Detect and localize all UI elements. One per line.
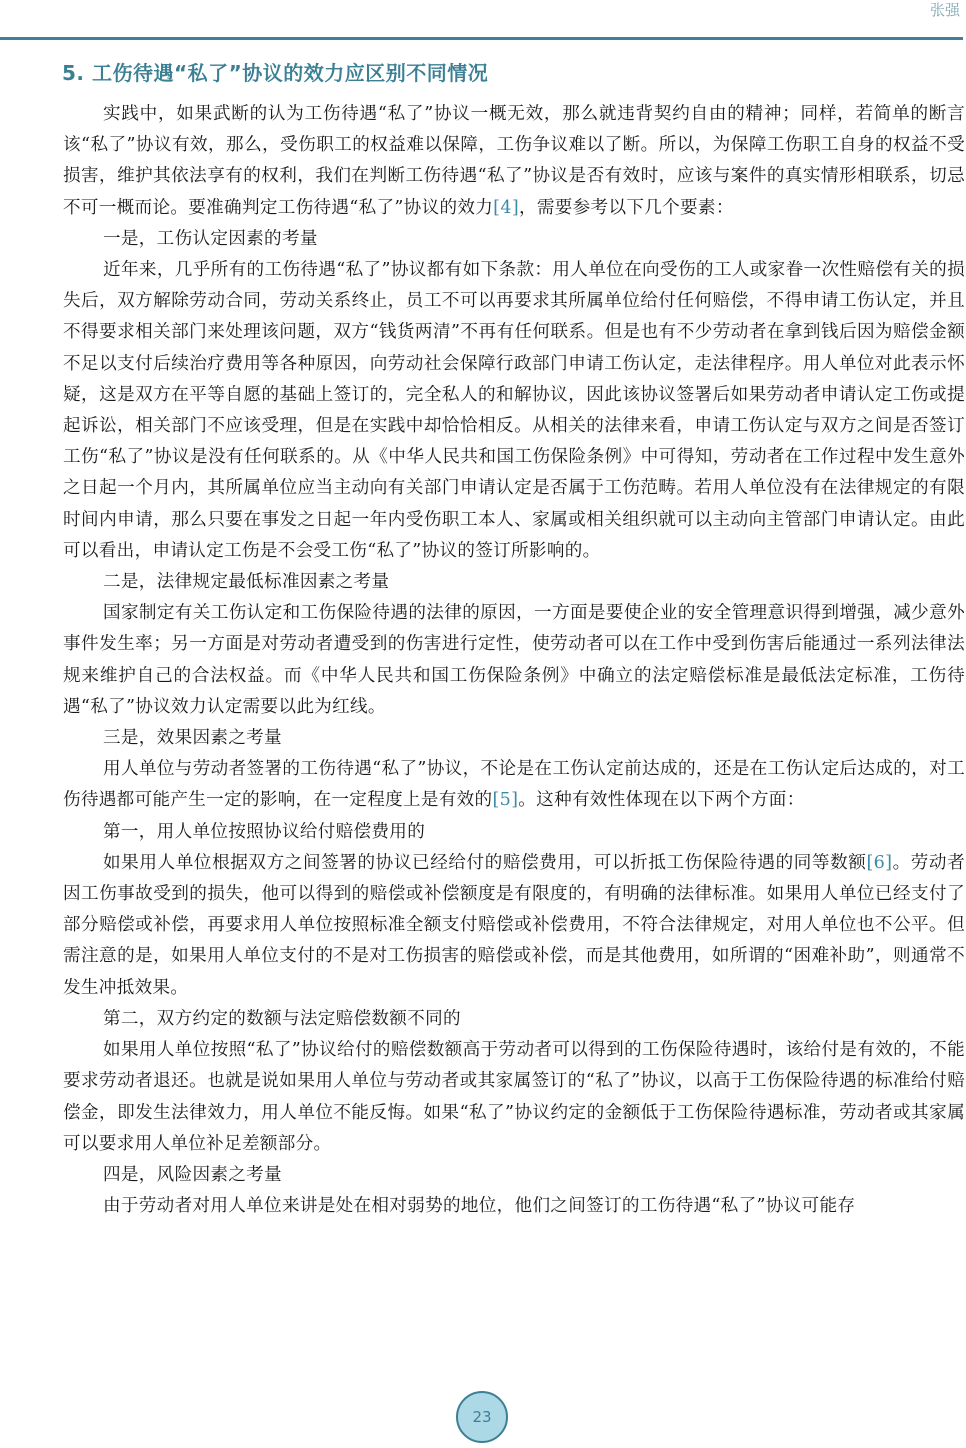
paragraph-text: 。劳动者因工伤事故受到的损失，他可以得到的赔偿或补偿额度是有限度的，有明确的法律… <box>63 853 965 998</box>
citation-link[interactable]: [6] <box>866 853 892 873</box>
citation-link[interactable]: [5] <box>492 790 518 810</box>
paragraph-factor-2: 国家制定有关工伤认定和工伤保险待遇的法律的原因，一方面是要使企业的安全管理意识得… <box>63 598 965 723</box>
paragraph-aspect-2: 如果用人单位按照“私了”协议给付的赔偿数额高于劳动者可以得到的工伤保险待遇时，该… <box>63 1035 965 1160</box>
paragraph-factor-1: 近年来，几乎所有的工伤待遇“私了”协议都有如下条款：用人单位在向受伤的工人或家眷… <box>63 255 965 567</box>
page-number-badge: 23 <box>456 1391 508 1443</box>
section-title: 5. 工伤待遇“私了”协议的效力应区别不同情况 <box>62 58 488 88</box>
paragraph-factor-3: 用人单位与劳动者签署的工伤待遇“私了”协议，不论是在工伤认定前达成的，还是在工伤… <box>63 754 965 816</box>
subheading-aspect-1: 第一，用人单位按照协议给付赔偿费用的 <box>63 817 965 848</box>
subheading-factor-2: 二是，法律规定最低标准因素之考量 <box>63 567 965 598</box>
subheading-factor-3: 三是，效果因素之考量 <box>63 723 965 754</box>
citation-link[interactable]: [4] <box>493 198 519 218</box>
article-body: 实践中，如果武断的认为工伤待遇“私了”协议一概无效，那么就违背契约自由的精神；同… <box>63 99 965 1222</box>
subheading-factor-1: 一是，工伤认定因素的考量 <box>63 224 965 255</box>
subheading-aspect-2: 第二，双方约定的数额与法定赔偿数额不同的 <box>63 1004 965 1035</box>
subheading-factor-4: 四是，风险因素之考量 <box>63 1160 965 1191</box>
header-rule <box>0 37 963 40</box>
page-number: 23 <box>472 1408 491 1426</box>
paragraph-text: 。这种有效性体现在以下两个方面： <box>518 790 804 810</box>
paragraph-text: 如果用人单位根据双方之间签署的协议已经给付的赔偿费用，可以折抵工伤保险待遇的同等… <box>103 853 866 873</box>
paragraph-aspect-1: 如果用人单位根据双方之间签署的协议已经给付的赔偿费用，可以折抵工伤保险待遇的同等… <box>63 848 965 1004</box>
running-head-author: 张强 <box>930 0 960 20</box>
paragraph-factor-4: 由于劳动者对用人单位来讲是处在相对弱势的地位，他们之间签订的工伤待遇“私了”协议… <box>63 1191 965 1222</box>
paragraph-intro: 实践中，如果武断的认为工伤待遇“私了”协议一概无效，那么就违背契约自由的精神；同… <box>63 99 965 224</box>
paragraph-text: ，需要参考以下几个要素： <box>519 198 734 218</box>
